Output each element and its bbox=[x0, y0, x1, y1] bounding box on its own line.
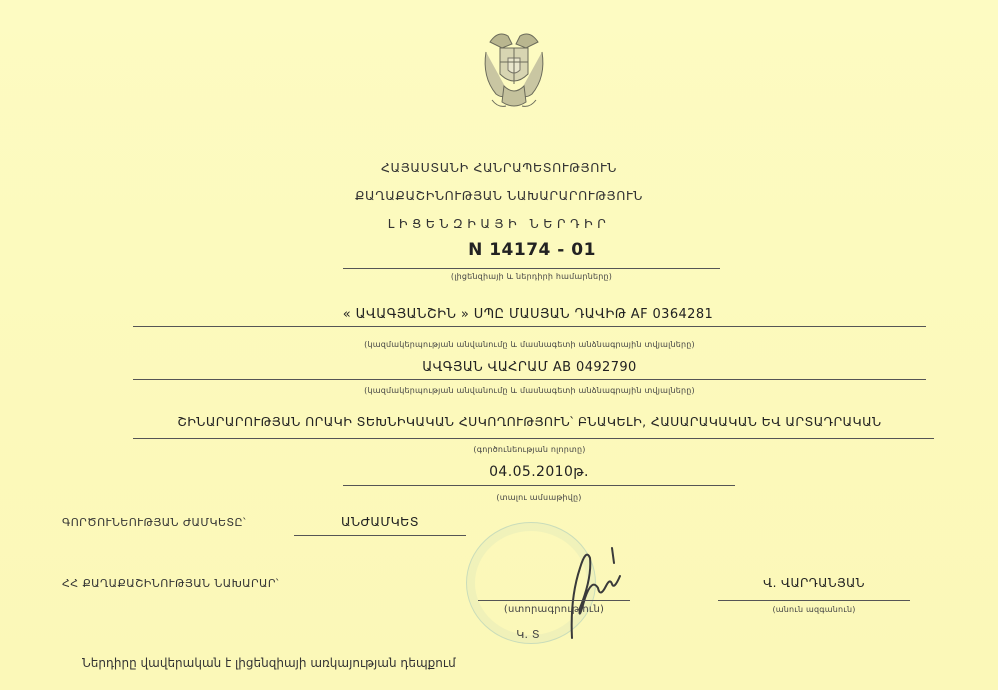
specialist-caption: (կազմակերպության անվանումը և մասնագետի ա… bbox=[133, 386, 926, 395]
term-line bbox=[294, 535, 466, 536]
term-label: ԳՈՐԾՈՒՆԵՈՒԹՅԱՆ ԺԱՄԿԵՏԸ՝ bbox=[62, 516, 246, 529]
coat-of-arms-emblem bbox=[478, 22, 550, 114]
license-document: ՀԱՅԱՍՏԱՆԻ ՀԱՆՐԱՊԵՏՈՒԹՅՈՒՆ ՔԱՂԱՔԱՇԻՆՈՒԹՅԱ… bbox=[0, 0, 998, 690]
license-number-caption: (լիցենզիայի և ներդիրի համարները) bbox=[343, 272, 720, 281]
signature-caption: (ստորագրություն) bbox=[478, 604, 630, 615]
signature-line bbox=[478, 600, 630, 601]
minister-name-caption: (անուն ազգանուն) bbox=[718, 605, 910, 614]
activity-caption: (գործունեության ոլորտը) bbox=[133, 445, 926, 454]
header-title: ԼԻՑԵՆԶԻԱՅԻ ՆԵՐԴԻՐ bbox=[0, 216, 998, 231]
issue-date-value: 04.05.2010թ. bbox=[343, 464, 735, 480]
minister-label: ՀՀ ՔԱՂԱՔԱՇԻՆՈՒԹՅԱՆ ՆԱԽԱՐԱՐ՝ bbox=[62, 577, 279, 590]
stamp-caption: Կ. Տ bbox=[478, 628, 578, 641]
minister-name-line bbox=[718, 600, 910, 601]
specialist-line bbox=[133, 379, 926, 380]
license-number-line bbox=[343, 268, 720, 269]
issue-date-caption: (տալու ամսաթիվը) bbox=[343, 493, 735, 502]
license-number: N 14174 - 01 bbox=[0, 240, 998, 260]
activity-value: ՇԻՆԱՐԱՐՈՒԹՅԱՆ ՈՐԱԿԻ ՏԵԽՆԻԿԱԿԱՆ ՀՍԿՈՂՈՒԹՅ… bbox=[133, 414, 926, 429]
minister-name: Վ. ՎԱՐԴԱՆՅԱՆ bbox=[718, 576, 910, 590]
validity-note: Ներդիրը վավերական է լիցենզիայի առկայությ… bbox=[82, 656, 456, 670]
organization-caption: (կազմակերպության անվանումը և մասնագետի ա… bbox=[133, 340, 926, 349]
organization-line bbox=[133, 326, 926, 327]
header-ministry: ՔԱՂԱՔԱՇԻՆՈՒԹՅԱՆ ՆԱԽԱՐԱՐՈՒԹՅՈՒՆ bbox=[0, 188, 998, 203]
activity-line bbox=[133, 438, 934, 439]
header-country: ՀԱՅԱՍՏԱՆԻ ՀԱՆՐԱՊԵՏՈՒԹՅՈՒՆ bbox=[0, 160, 998, 175]
organization-value: « ԱՎԱԳՅԱՆՇԻՆ » ՍՊԸ ՄԱՍՅԱՆ ԴԱՎԻԹ AF 03642… bbox=[133, 307, 923, 322]
specialist-value: ԱՎԳՅԱՆ ՎԱՀՐԱՄ AB 0492790 bbox=[133, 360, 926, 375]
term-value: ԱՆԺԱՄԿԵՏ bbox=[294, 514, 466, 529]
issue-date-line bbox=[343, 485, 735, 486]
